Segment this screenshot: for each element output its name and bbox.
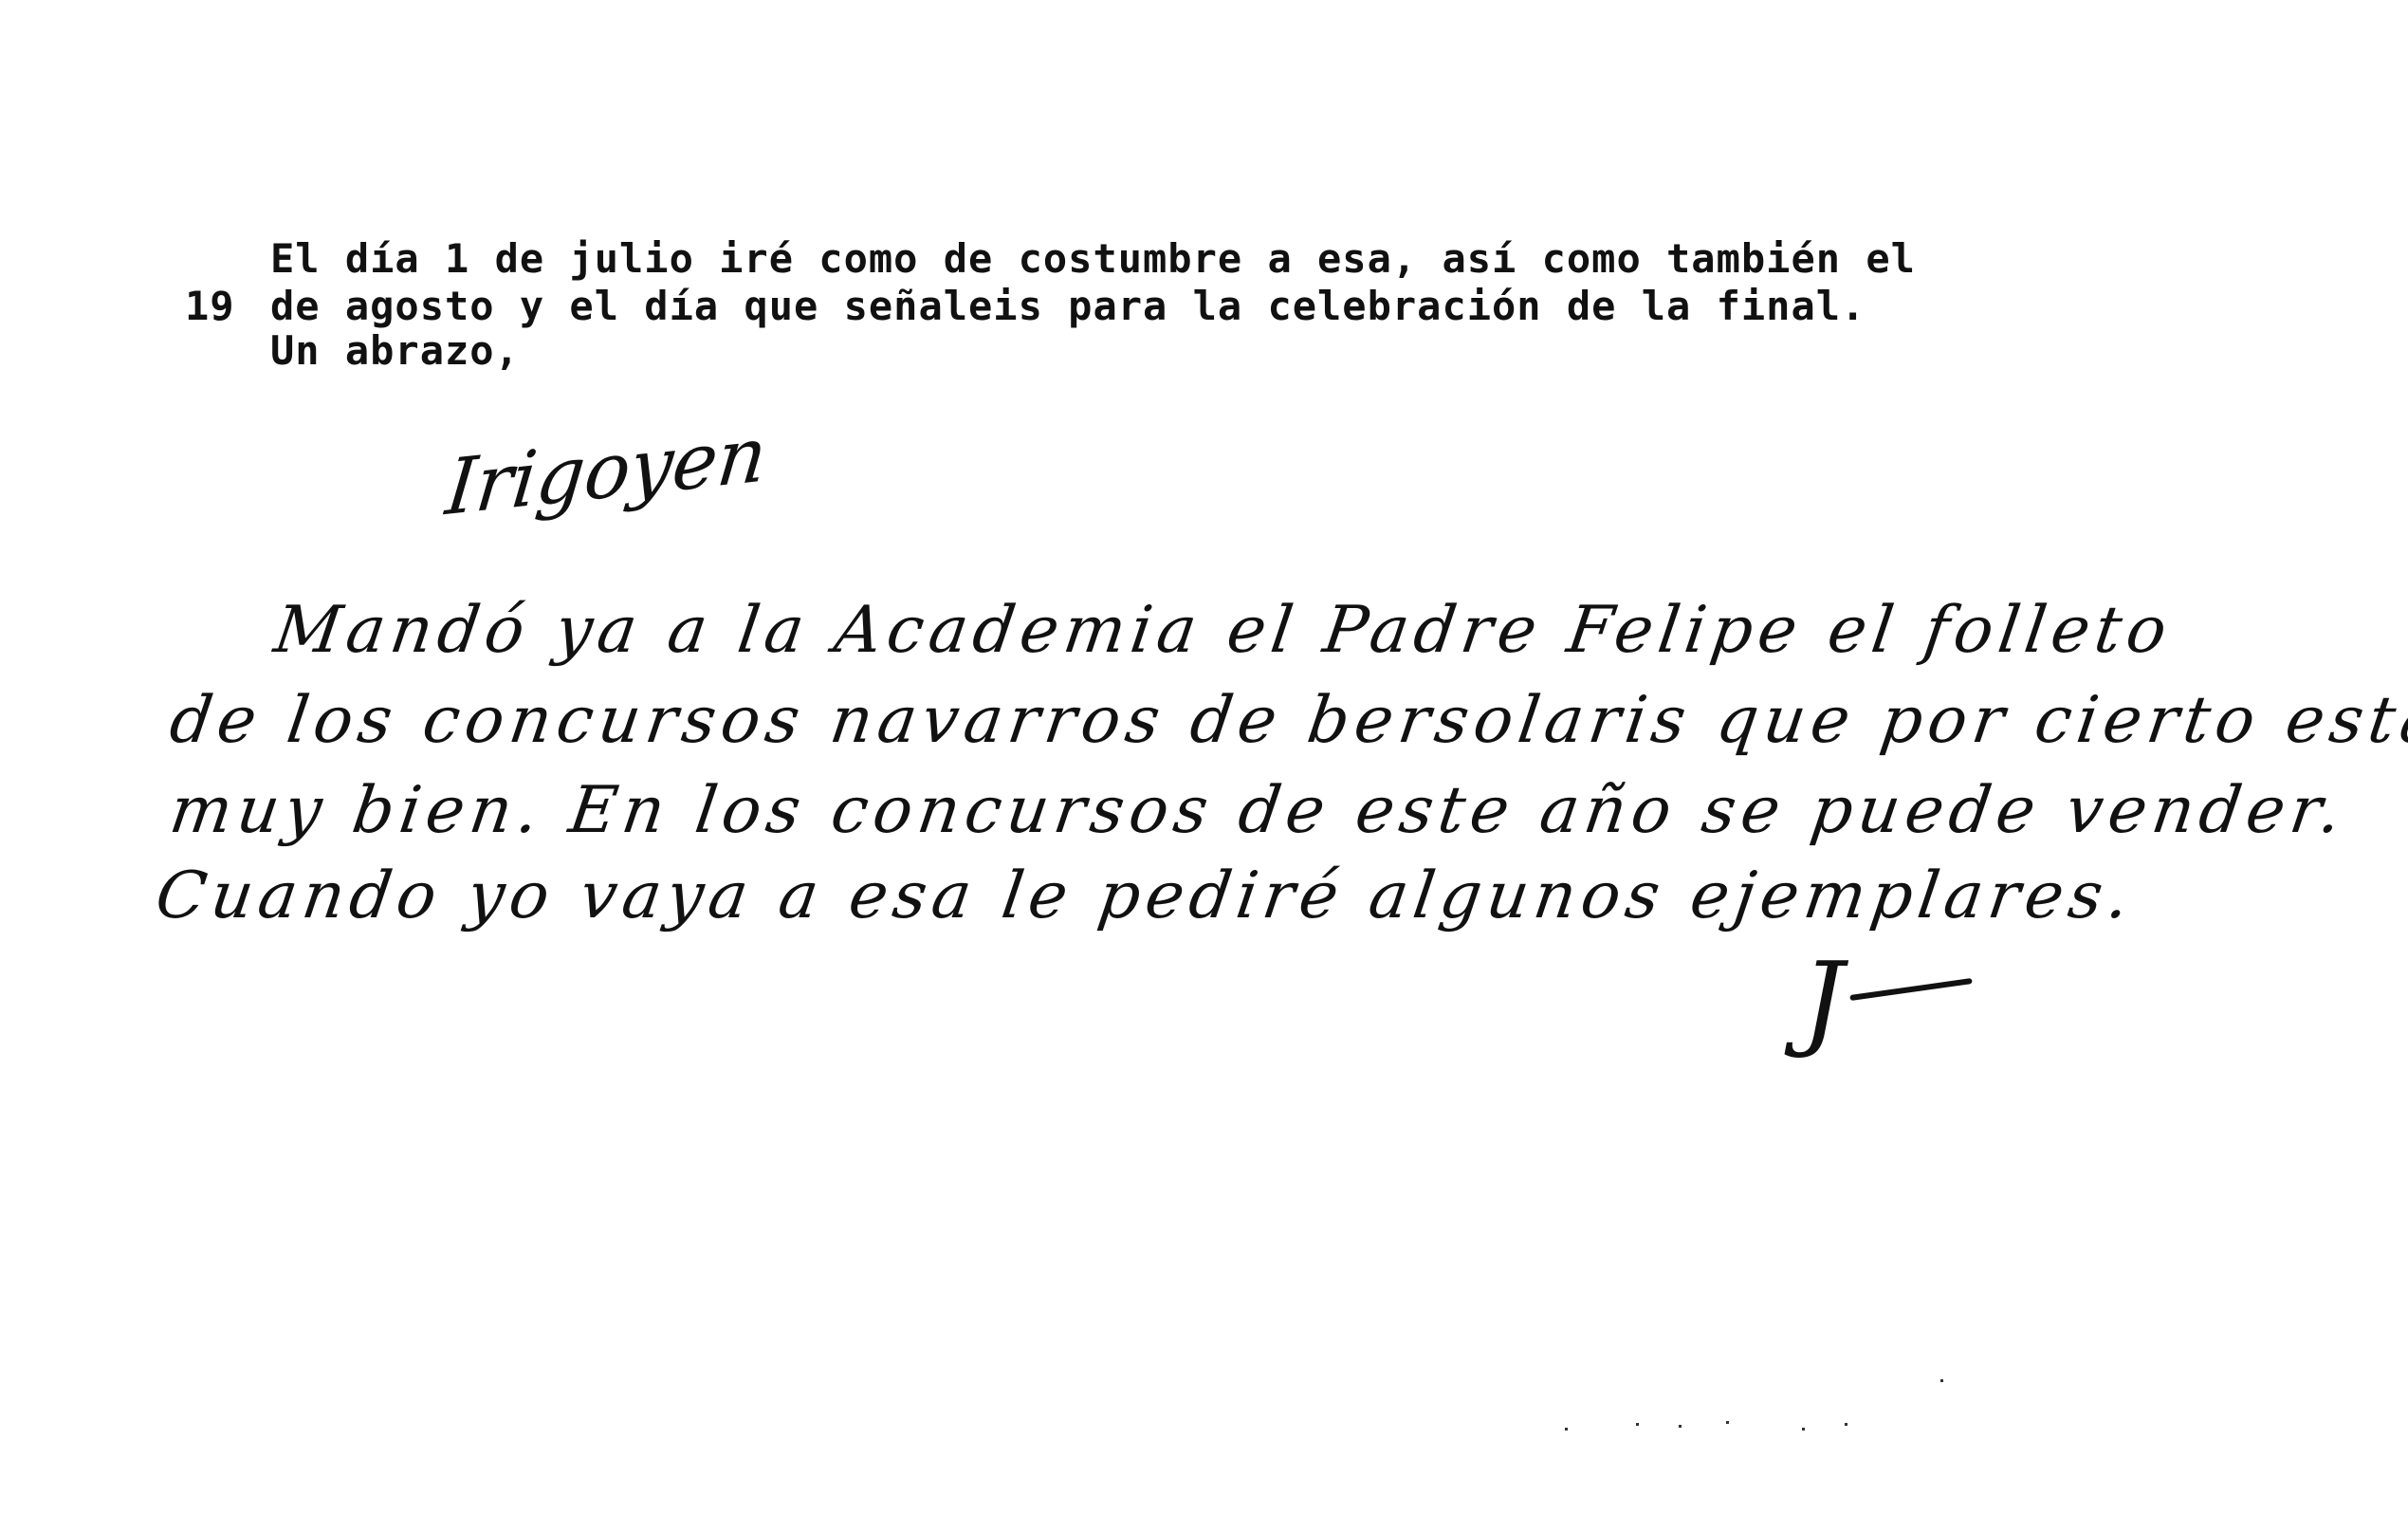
handwritten-line-1: Mandó ya a la Academia el Padre Felipe e…: [269, 593, 2177, 668]
handwritten-signature: Irigoyen: [442, 410, 771, 533]
scan-speck: [1845, 1423, 1847, 1426]
handwritten-line-3: muy bien. En los concursos de este año s…: [165, 773, 2351, 848]
scan-speck: [1802, 1428, 1805, 1431]
scan-speck: [1679, 1425, 1682, 1428]
typed-closing: Un abrazo,: [270, 327, 520, 374]
typed-line-2: de agosto y el día que señaleis para la …: [270, 283, 1866, 329]
typed-line-1: El día 1 de julio iré como de costumbre …: [270, 235, 1916, 282]
scan-speck: [1636, 1423, 1639, 1426]
handwritten-line-2: de los concursos navarros de bersolaris …: [165, 683, 2408, 758]
scanned-letter-page: El día 1 de julio iré como de costumbre …: [0, 0, 2408, 1514]
typed-line-number: 19: [185, 283, 235, 329]
scan-speck: [1565, 1428, 1568, 1431]
scan-speck: [1940, 1379, 1943, 1382]
initial-flourish: [1849, 978, 1973, 1001]
scan-speck: [1726, 1421, 1729, 1424]
handwritten-line-4: Cuando yo vaya a esa le pediré algunos e…: [151, 859, 2139, 933]
handwritten-initial: J: [1802, 939, 1844, 1061]
